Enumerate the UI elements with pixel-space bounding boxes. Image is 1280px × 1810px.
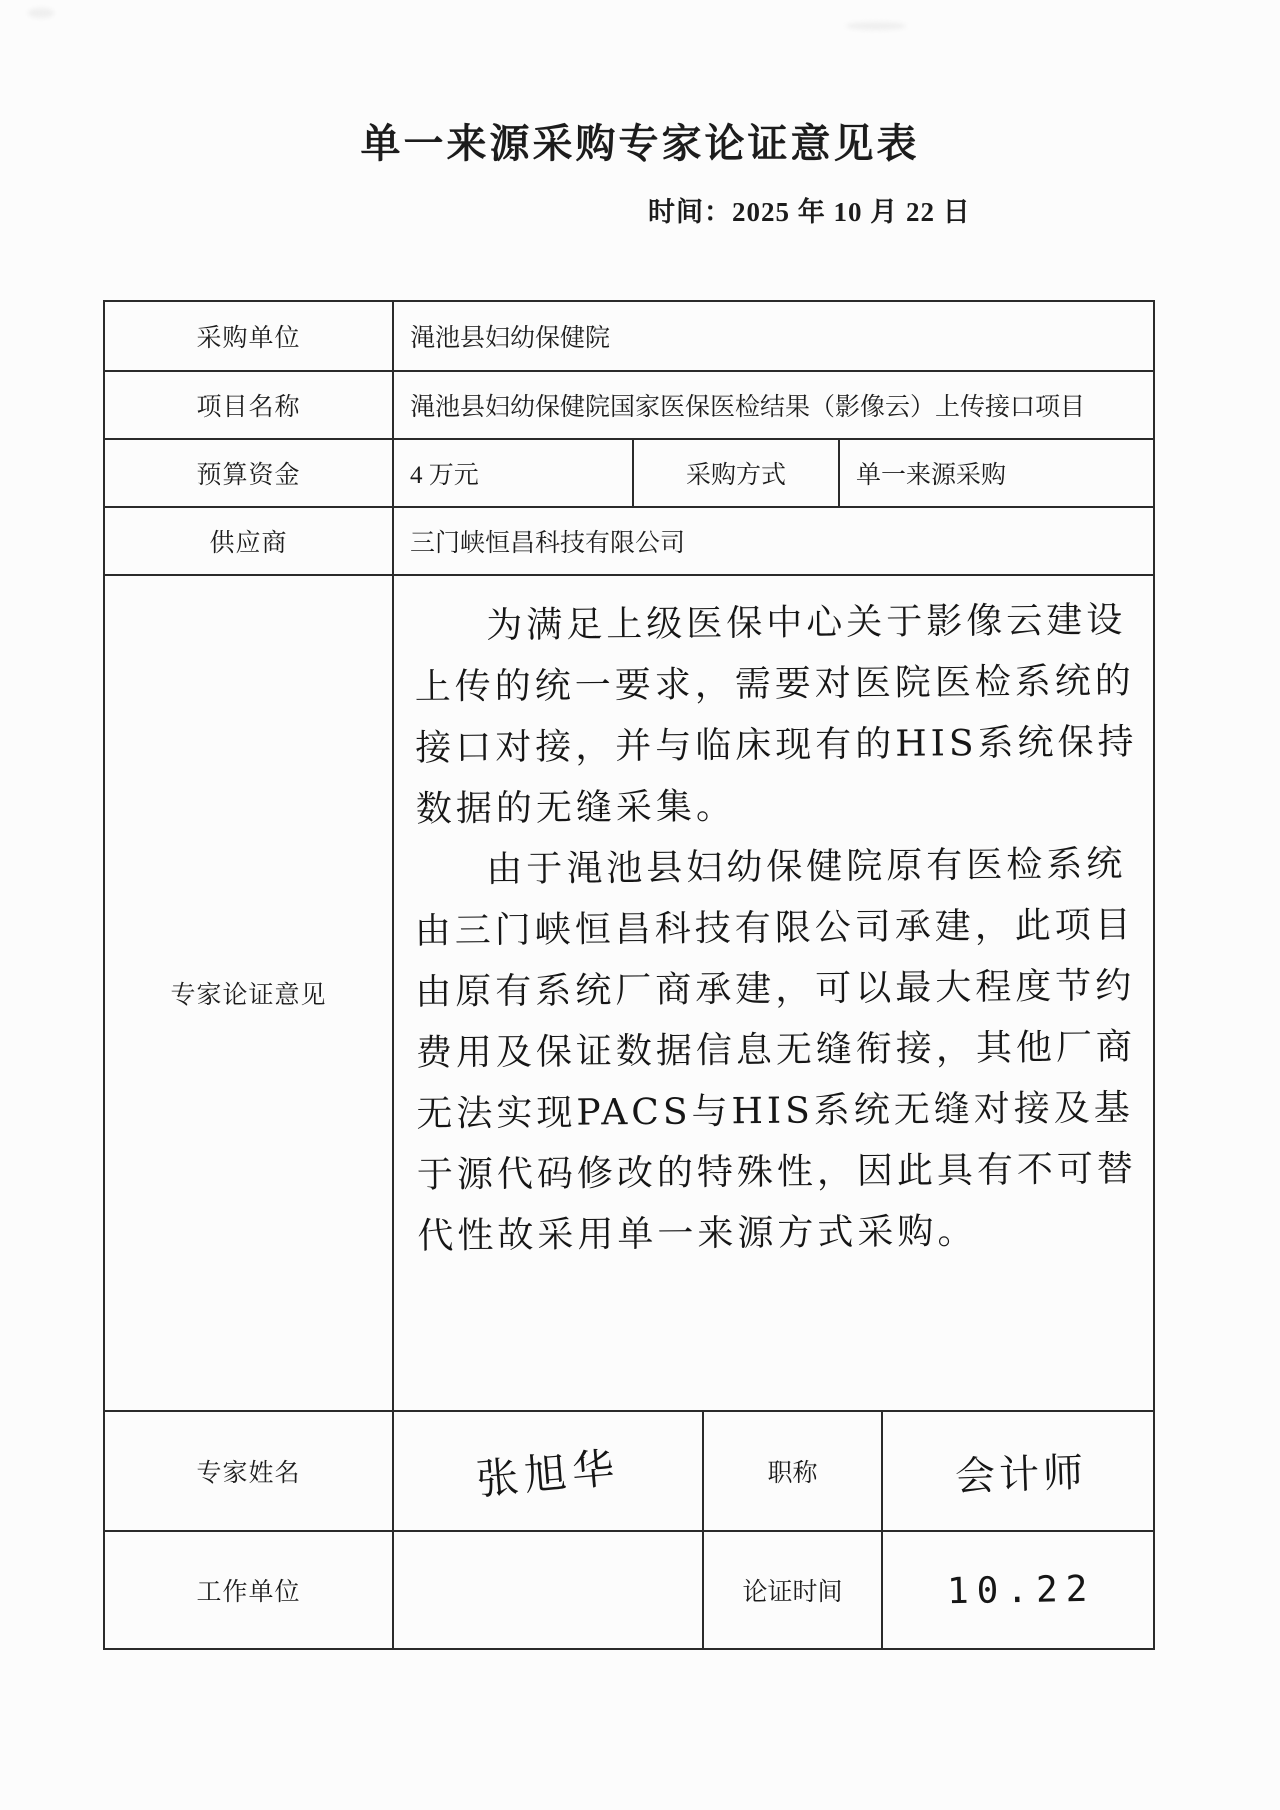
supplier-label: 供应商: [105, 508, 392, 574]
method-value: 单一来源采购: [838, 440, 1153, 506]
expert-opinion-label: 专家论证意见: [105, 576, 392, 1410]
row-purchasing-unit: 采购单位 渑池县妇幼保健院: [105, 302, 1153, 370]
budget-label: 预算资金: [105, 440, 392, 506]
expert-opinion-handwritten-text: 为满足上级医保中心关于影像云建设上传的统一要求，需要对医院医检系统的接口对接，并…: [392, 576, 1153, 1410]
handwritten-review-time: 10.22: [946, 1568, 1095, 1612]
scan-smudge: [846, 22, 906, 30]
opinion-paragraph-1: 为满足上级医保中心关于影像云建设上传的统一要求，需要对医院医检系统的接口对接，并…: [414, 590, 1141, 840]
opinion-paragraph-2: 由于渑池县妇幼保健院原有医检系统由三门峡恒昌科技有限公司承建，此项目由原有系统厂…: [414, 834, 1143, 1267]
row-expert-opinion: 专家论证意见 为满足上级医保中心关于影像云建设上传的统一要求，需要对医院医检系统…: [105, 574, 1153, 1410]
project-name-value: 渑池县妇幼保健院国家医保医检结果（影像云）上传接口项目: [392, 372, 1153, 438]
document-title: 单一来源采购专家论证意见表: [0, 112, 1280, 169]
work-unit-value: [392, 1532, 702, 1648]
scan-smudge: [28, 8, 54, 18]
purchasing-unit-label: 采购单位: [105, 302, 392, 370]
method-label: 采购方式: [632, 440, 838, 506]
purchasing-unit-value: 渑池县妇幼保健院: [392, 302, 1153, 370]
scanned-form-page: 单一来源采购专家论证意见表 时间：2025 年 10 月 22 日 采购单位 渑…: [0, 0, 1280, 1810]
budget-value: 4 万元: [392, 440, 632, 506]
row-budget-method: 预算资金 4 万元 采购方式 单一来源采购: [105, 438, 1153, 506]
handwritten-signature: 张旭华: [474, 1435, 623, 1507]
project-name-label: 项目名称: [105, 372, 392, 438]
document-date-line: 时间：2025 年 10 月 22 日: [648, 190, 971, 229]
rank-label: 职称: [702, 1412, 881, 1530]
handwritten-rank: 会计师: [954, 1440, 1088, 1502]
row-work-unit-time: 工作单位 论证时间 10.22: [105, 1530, 1153, 1648]
row-project-name: 项目名称 渑池县妇幼保健院国家医保医检结果（影像云）上传接口项目: [105, 370, 1153, 438]
supplier-value: 三门峡恒昌科技有限公司: [392, 508, 1153, 574]
work-unit-label: 工作单位: [105, 1532, 392, 1648]
rank-value: 会计师: [881, 1412, 1153, 1530]
expert-name-signature: 张旭华: [392, 1412, 702, 1530]
review-time-label: 论证时间: [702, 1532, 881, 1648]
row-supplier: 供应商 三门峡恒昌科技有限公司: [105, 506, 1153, 574]
row-expert-name-rank: 专家姓名 张旭华 职称 会计师: [105, 1410, 1153, 1530]
form-table: 采购单位 渑池县妇幼保健院 项目名称 渑池县妇幼保健院国家医保医检结果（影像云）…: [103, 300, 1155, 1650]
review-time-value: 10.22: [881, 1532, 1153, 1648]
expert-name-label: 专家姓名: [105, 1412, 392, 1530]
